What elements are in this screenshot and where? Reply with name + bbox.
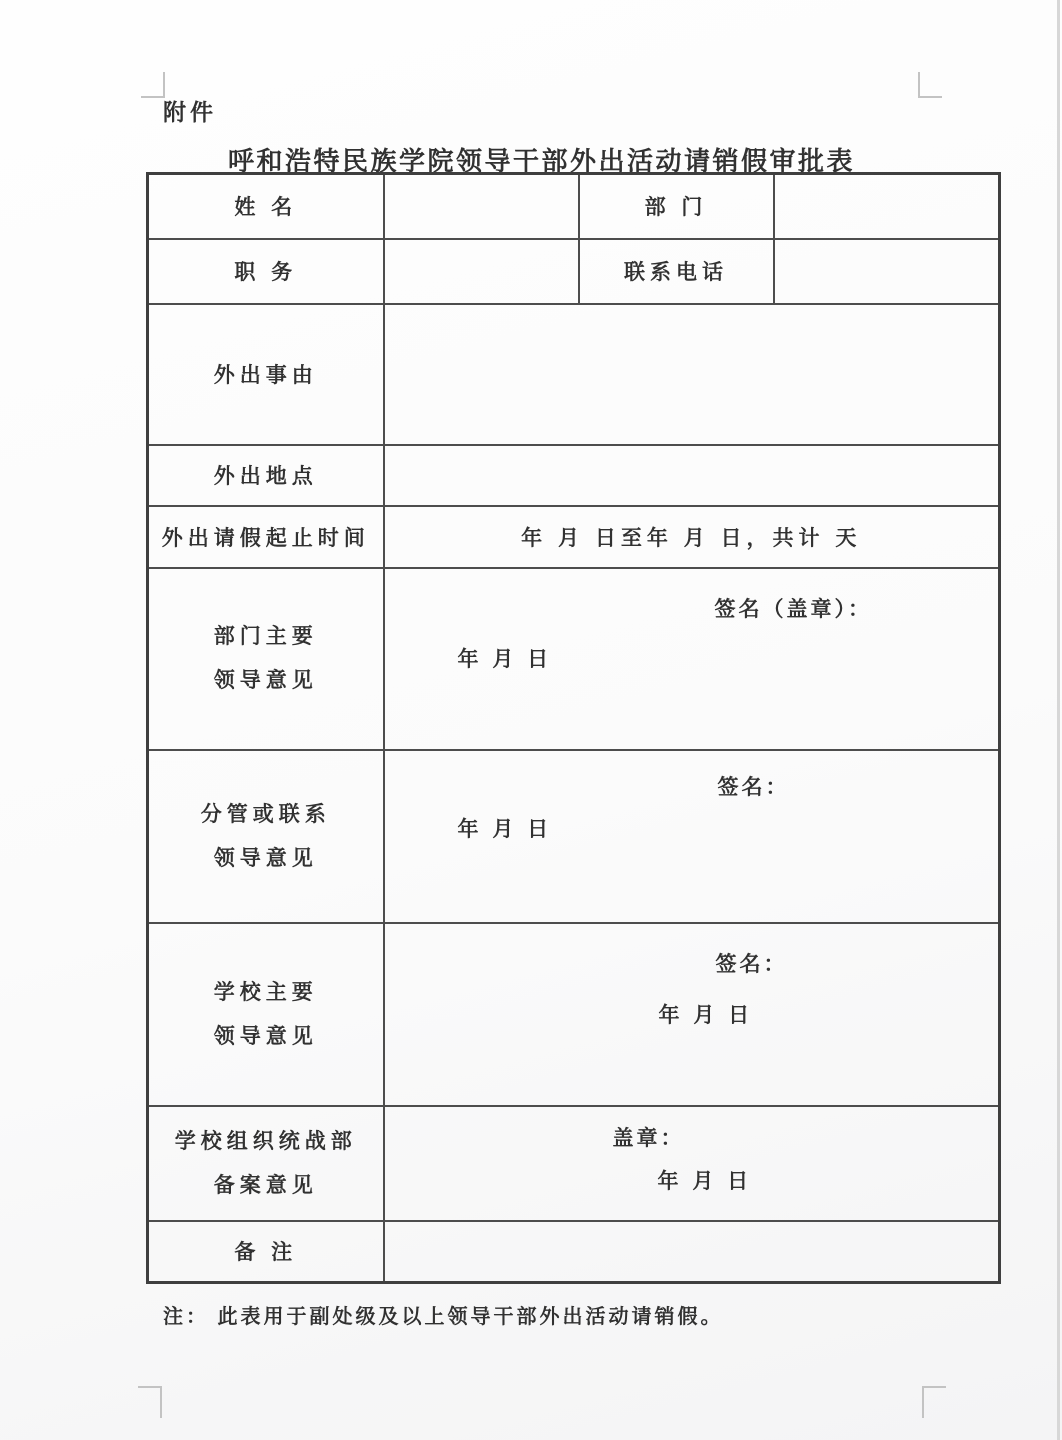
label-line: 学校组织统战部 xyxy=(149,1131,383,1152)
remarks-value-cell xyxy=(384,1221,1000,1283)
dept-leader-opinion-cell: 签名（盖章）： 年 月 日 xyxy=(384,568,1000,750)
dept-leader-sign-label: 签名（盖章）： xyxy=(715,599,873,620)
department-label: 部 门 xyxy=(579,174,774,239)
crop-mark-top-left-icon xyxy=(141,72,165,98)
table-row: 职 务 联系电话 xyxy=(148,239,1000,304)
label-line: 部门主要 xyxy=(149,626,383,647)
table-row: 部门主要 领导意见 签名（盖章）： 年 月 日 xyxy=(148,568,1000,750)
table-row: 外出请假起止时间 年 月 日至年 月 日，共计 天 xyxy=(148,506,1000,568)
table-row: 备 注 xyxy=(148,1221,1000,1283)
label-line: 学校主要 xyxy=(149,982,383,1003)
table-row: 分管或联系 领导意见 签名： 年 月 日 xyxy=(148,750,1000,923)
table-row: 外出地点 xyxy=(148,445,1000,506)
liaison-leader-date-placeholder: 年 月 日 xyxy=(458,819,553,840)
crop-mark-bottom-left-icon xyxy=(138,1386,162,1418)
reason-label: 外出事由 xyxy=(148,304,384,445)
school-leader-opinion-cell: 签名： 年 月 日 xyxy=(384,923,1000,1106)
photo-edge-line xyxy=(1057,0,1060,1440)
table-row: 学校组织统战部 备案意见 盖章： 年 月 日 xyxy=(148,1106,1000,1221)
location-label: 外出地点 xyxy=(148,445,384,506)
position-value-cell xyxy=(384,239,579,304)
school-leader-sign-label: 签名： xyxy=(716,954,788,975)
reason-value-cell xyxy=(384,304,1000,445)
org-united-front-dept-date-placeholder: 年 月 日 xyxy=(658,1171,753,1192)
label-line: 分管或联系 xyxy=(149,804,383,825)
location-value-cell xyxy=(384,445,1000,506)
duration-label: 外出请假起止时间 xyxy=(148,506,384,568)
school-leader-date-placeholder: 年 月 日 xyxy=(659,1005,754,1026)
org-united-front-dept-opinion-label: 学校组织统战部 备案意见 xyxy=(148,1106,384,1221)
label-line: 领导意见 xyxy=(149,670,383,691)
liaison-leader-opinion-label: 分管或联系 领导意见 xyxy=(148,750,384,923)
name-value-cell xyxy=(384,174,579,239)
phone-value-cell xyxy=(774,239,1000,304)
liaison-leader-opinion-cell: 签名： 年 月 日 xyxy=(384,750,1000,923)
attachment-label: 附件 xyxy=(163,94,217,127)
remarks-label: 备 注 xyxy=(148,1221,384,1283)
approval-form-table: 姓 名 部 门 职 务 联系电话 外出事由 外出地点 外出请假起止时间 xyxy=(146,172,1001,1284)
crop-mark-bottom-right-icon xyxy=(922,1386,946,1418)
document-page: 附件 呼和浩特民族学院领导干部外出活动请销假审批表 姓 名 部 门 职 务 联系… xyxy=(0,0,1062,1440)
table-row: 姓 名 部 门 xyxy=(148,174,1000,239)
department-value-cell xyxy=(774,174,1000,239)
table-row: 学校主要 领导意见 签名： 年 月 日 xyxy=(148,923,1000,1106)
school-leader-opinion-label: 学校主要 领导意见 xyxy=(148,923,384,1106)
position-label: 职 务 xyxy=(148,239,384,304)
phone-label: 联系电话 xyxy=(579,239,774,304)
org-united-front-dept-seal-label: 盖章： xyxy=(613,1128,685,1149)
label-line: 备案意见 xyxy=(149,1175,383,1196)
label-line: 领导意见 xyxy=(149,848,383,869)
org-united-front-dept-opinion-cell: 盖章： 年 月 日 xyxy=(384,1106,1000,1221)
crop-mark-top-right-icon xyxy=(918,72,942,98)
name-label: 姓 名 xyxy=(148,174,384,239)
dept-leader-opinion-label: 部门主要 领导意见 xyxy=(148,568,384,750)
footnote: 注： 此表用于副处级及以上领导干部外出活动请销假。 xyxy=(163,1300,724,1329)
label-line: 领导意见 xyxy=(149,1026,383,1047)
liaison-leader-sign-label: 签名： xyxy=(718,777,790,798)
dept-leader-date-placeholder: 年 月 日 xyxy=(458,649,553,670)
duration-value: 年 月 日至年 月 日，共计 天 xyxy=(384,506,1000,568)
table-row: 外出事由 xyxy=(148,304,1000,445)
